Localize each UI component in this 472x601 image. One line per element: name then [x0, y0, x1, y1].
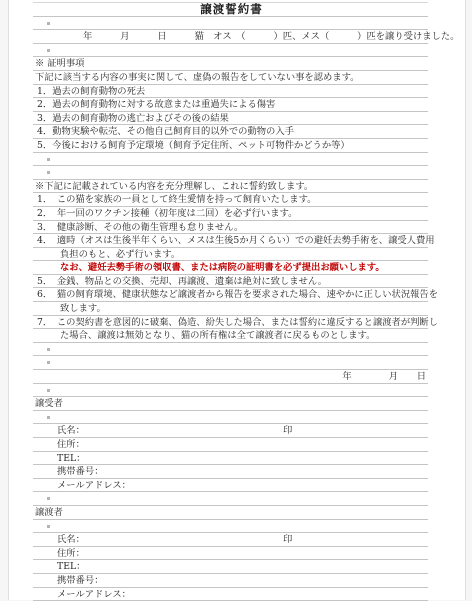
transferor-name-row: 氏名： 印 [33, 533, 428, 547]
certification-item-3: 3．過去の飼育動物の逃亡およびその後の結果 [33, 112, 428, 126]
pledge-heading: ※下記に記載されている内容を充分理解し、これに誓約致します。 [33, 180, 428, 194]
name-field-label: 氏名： [57, 425, 85, 436]
transferee-address-row: 住所： [33, 438, 428, 452]
transferor-tel-row: TEL： [33, 560, 428, 574]
blank-line [33, 44, 428, 58]
transferee-email-row: メールアドレス： [33, 479, 428, 493]
transferee-heading: 譲受者 [33, 397, 428, 411]
name-field-label: 氏名： [57, 534, 85, 545]
certification-item-4: 4．動物実験や転売、その他自己飼育目的以外での動物の入手 [33, 125, 428, 139]
blank-line [33, 17, 428, 31]
certification-item-1: 1．過去の飼育動物の死去 [33, 85, 428, 99]
blank-line [33, 384, 428, 398]
blank-line [33, 520, 428, 534]
warning-line: なお、避妊去勢手術の領収書、または病院の証明書を必ず提出お願いします。 [33, 261, 428, 275]
pledge-item-6-line-1: 6． 猫の飼育環境、健康状態など譲渡者から報告を要求された場合、速やかに正しい状… [33, 288, 428, 302]
signature-date-line: 年 月 日 [33, 370, 428, 384]
transferee-mobile-row: 携帯番号： [33, 465, 428, 479]
certification-item-5: 5．今後における飼育予定環境（飼育予定住所、ペット可物件かどうか等） [33, 139, 428, 153]
pledge-item-4-line-1: 4． 適時（オスは生後半年くらい、メスは生後5か月くらい）での避妊去勢手術を、譲… [33, 234, 428, 248]
document-body: 譲渡誓約書 年 月 日 猫 オス （ ）匹、メス（ ）匹を譲り受けました。 ※ … [33, 2, 428, 600]
stamp-mark: 印 [283, 424, 292, 437]
transferor-address-row: 住所： [33, 547, 428, 561]
blank-line [33, 356, 428, 370]
blank-line [33, 343, 428, 357]
transferor-email-row: メールアドレス： [33, 588, 428, 600]
blank-line [33, 153, 428, 167]
blank-line [33, 492, 428, 506]
pledge-item-4-line-2: 負担のもと、必ず行います。 [33, 248, 428, 262]
pledge-item-2: 2． 年一回のワクチン接種（初年度は二回）を必ず行います。 [33, 207, 428, 221]
certification-item-2: 2．過去の飼育動物に対する故意または重過失による傷害 [33, 98, 428, 112]
pledge-item-1: 1． この猫を家族の一員として終生愛情を持って飼育いたします。 [33, 193, 428, 207]
blank-line [33, 411, 428, 425]
certification-heading: ※ 証明事項 [33, 57, 428, 71]
transferor-mobile-row: 携帯番号： [33, 574, 428, 588]
pledge-item-7-line-1: 7． この契約書を意図的に破棄、偽造、紛失した場合、または誓約に違反すると譲渡者… [33, 316, 428, 330]
pledge-item-3: 3． 健康診断、その他の衛生管理も怠りません。 [33, 221, 428, 235]
blank-line [33, 166, 428, 180]
page-title: 譲渡誓約書 [33, 3, 428, 17]
certification-lead: 下記に該当する内容の事実に関して、虚偽の報告をしていない事を認めます。 [33, 71, 428, 85]
pledge-item-5: 5． 金銭、物品との交換、売却、再譲渡、遺棄は絶対に致しません。 [33, 275, 428, 289]
intro-line: 年 月 日 猫 オス （ ）匹、メス（ ）匹を譲り受けました。 [33, 30, 428, 44]
transferor-heading: 譲渡者 [33, 506, 428, 520]
pledge-item-6-line-2: 致します。 [33, 302, 428, 316]
document-page: 譲渡誓約書 年 月 日 猫 オス （ ）匹、メス（ ）匹を譲り受けました。 ※ … [8, 0, 466, 600]
transferee-tel-row: TEL： [33, 452, 428, 466]
transferee-name-row: 氏名： 印 [33, 424, 428, 438]
stamp-mark: 印 [283, 533, 292, 546]
pledge-item-7-line-2: た場合、譲渡は無効となり、猫の所有権は全て譲渡者に戻るものとします。 [33, 329, 428, 343]
